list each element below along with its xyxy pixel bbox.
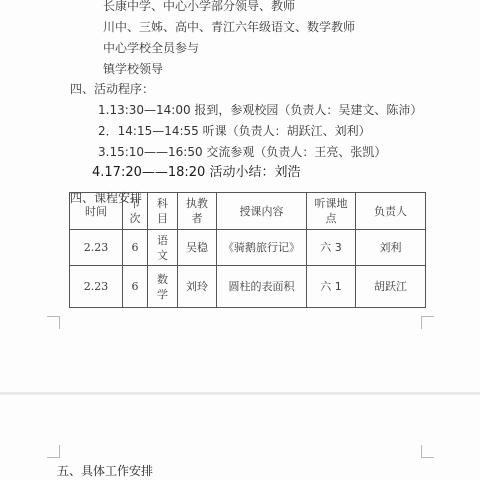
- cell-subject: 语文: [148, 230, 178, 266]
- activity-item-3: 3.15:10——16:50 交流参观（负责人：王亮、张凯）: [98, 145, 386, 159]
- cell-location: 六 1: [307, 266, 356, 308]
- cell-time: 2.23: [70, 266, 123, 308]
- table-row: 2.23 6 语文 吴稳 《骑鹅旅行记》 六 3 刘利: [70, 230, 426, 266]
- activity-item-1: 1.13:30—14:00 报到，参观校园（负责人：吴建文、陈沛）: [98, 103, 422, 117]
- cell-content: 圆柱的表面积: [217, 266, 307, 308]
- document-page-2: 五、具体工作安排: [0, 395, 480, 480]
- cell-location: 六 3: [307, 230, 356, 266]
- page-margin-corner-bottom-right: [421, 316, 434, 329]
- cell-content: 《骑鹅旅行记》: [217, 230, 307, 266]
- cell-time: 2.23: [70, 230, 123, 266]
- section5-heading: 五、具体工作安排: [57, 464, 153, 478]
- header-teacher: 执教者: [178, 193, 217, 230]
- cell-subject: 数学: [148, 266, 178, 308]
- activity-item-2: 2．14:15—14:55 听课（负责人：胡跃江、刘利）: [98, 124, 371, 138]
- page-margin-corner-top-right: [421, 445, 434, 458]
- participant-line-1: 长康中学、中心小学部分领导、教师: [103, 0, 295, 13]
- header-time: 时间: [70, 193, 123, 230]
- cell-period: 6: [123, 230, 148, 266]
- activity-heading: 四、活动程序：: [70, 82, 154, 96]
- participant-line-3: 中心学校全员参与: [103, 41, 199, 55]
- cell-responsible: 刘利: [356, 230, 426, 266]
- header-responsible: 负责人: [356, 193, 426, 230]
- page-margin-corner-top-left: [47, 445, 60, 458]
- course-schedule-table: 时间 节次 科目 执教者 授课内容 听课地点 负责人 2.23 6 语文 吴稳 …: [69, 192, 426, 308]
- document-page-1: 长康中学、中心小学部分领导、教师 川中、三姊、高中、青江六年级语文、数学教师 中…: [0, 0, 480, 392]
- table-header-row: 时间 节次 科目 执教者 授课内容 听课地点 负责人: [70, 193, 426, 230]
- page-margin-corner-bottom-left: [47, 316, 60, 329]
- participant-line-2: 川中、三姊、高中、青江六年级语文、数学教师: [103, 20, 355, 34]
- cell-teacher: 刘玲: [178, 266, 217, 308]
- activity-item-4: 4.17:20——18:20 活动小结：刘浩: [92, 166, 300, 180]
- header-location: 听课地点: [307, 193, 356, 230]
- header-content: 授课内容: [217, 193, 307, 230]
- cell-teacher: 吴稳: [178, 230, 217, 266]
- cell-responsible: 胡跃江: [356, 266, 426, 308]
- header-period: 节次: [123, 193, 148, 230]
- table-row: 2.23 6 数学 刘玲 圆柱的表面积 六 1 胡跃江: [70, 266, 426, 308]
- cell-period: 6: [123, 266, 148, 308]
- header-subject: 科目: [148, 193, 178, 230]
- participant-line-4: 镇学校领导: [103, 62, 163, 76]
